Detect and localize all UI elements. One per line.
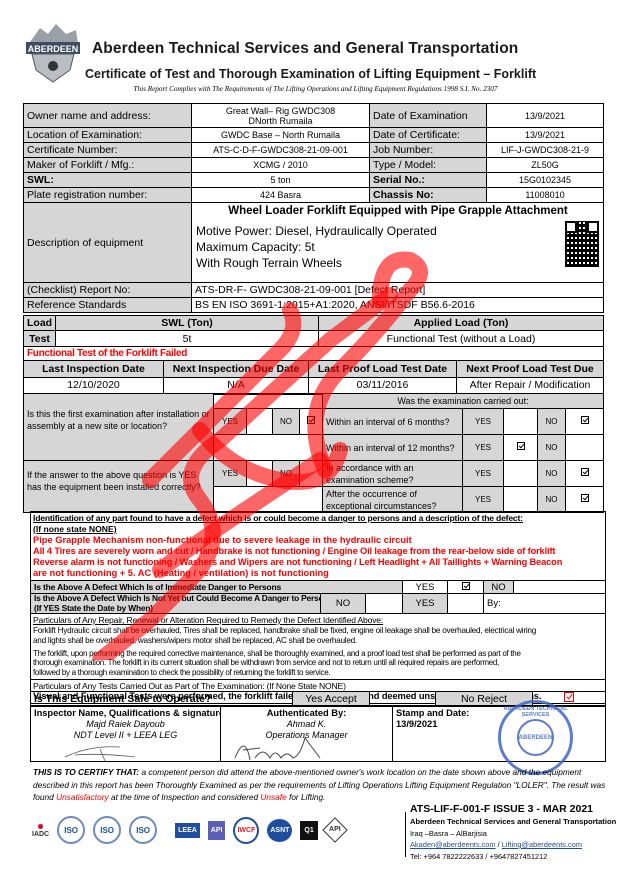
api-logo-icon: API xyxy=(208,821,226,840)
defects-table: Identification of any part found to have… xyxy=(30,511,606,704)
interval-6-no-label: NO xyxy=(538,409,566,435)
aberdeen-logo-icon: ABERDEEN xyxy=(24,20,82,84)
serial-label: Serial No.: xyxy=(370,173,487,188)
q1-no-box[interactable] xyxy=(300,409,323,435)
q2-no-box[interactable] xyxy=(300,461,323,487)
date-exam-label: Date of Examination xyxy=(370,104,487,128)
load-label-2: Test xyxy=(24,331,56,347)
plate-label: Plate registration number: xyxy=(24,188,192,203)
auth-label: Authenticated By: xyxy=(224,708,389,719)
company-name: Aberdeen Technical Services and General … xyxy=(92,40,518,58)
checkbox-checked-icon xyxy=(564,692,574,702)
repair-line: followed by a thorough examination to ch… xyxy=(33,668,603,678)
standards-label: Reference Standards xyxy=(24,298,192,313)
future-danger-label: Is the Above A Defect Which Is Not Yet b… xyxy=(31,594,321,614)
interval-6-label: Within an interval of 6 months? xyxy=(323,409,463,435)
swl-test-value: 5t xyxy=(56,331,319,347)
repair-line: thorough examination. The forklift in it… xyxy=(33,658,603,668)
future-no-box[interactable] xyxy=(366,594,403,614)
repair-line: and lights shall be overhauled, washers/… xyxy=(33,636,603,647)
future-no-label: NO xyxy=(321,594,366,614)
plate-value: 424 Basra xyxy=(192,188,370,203)
inspector-name: Majd Raiek Dayoub xyxy=(34,719,217,730)
date-cert-label: Date of Certificate: xyxy=(370,128,487,143)
date-cert-value: 13/9/2021 xyxy=(487,128,604,143)
checkbox-checked-icon xyxy=(581,468,589,476)
description-label: Description of equipment xyxy=(24,203,192,283)
q1-yes-box[interactable] xyxy=(247,409,273,435)
email-link[interactable]: Akaden@aberdeents.com xyxy=(410,840,496,849)
dates-header: Last Proof Load Test Date xyxy=(309,361,457,378)
chassis-value: 11008010 xyxy=(487,188,604,203)
q2-yes-box[interactable] xyxy=(247,461,273,487)
carried-out-header: Was the examination carried out: xyxy=(323,394,604,409)
immediate-danger-label: Is the Above A Defect Which Is of Immedi… xyxy=(31,581,403,594)
interval-12-no-label: NO xyxy=(538,435,566,461)
future-yes-label: YES xyxy=(403,594,448,614)
scheme-label: In accordance with an examination scheme… xyxy=(323,461,463,487)
defects-section: Identification of any part found to have… xyxy=(31,512,606,581)
svg-text:ABERDEEN: ABERDEEN xyxy=(28,44,79,54)
chassis-label: Chassis No: xyxy=(370,188,487,203)
yes-accept-box[interactable] xyxy=(370,692,436,706)
immediate-yes-label: YES xyxy=(403,581,448,594)
immediate-no-label: NO xyxy=(484,581,514,594)
failed-note: Functional Test of the Forklift Failed xyxy=(24,347,604,361)
swl-header: SWL (Ton) xyxy=(56,316,319,331)
interval-12-no-box[interactable] xyxy=(566,435,604,461)
tests-heading: Particulars of Any Tests Carried Out as … xyxy=(33,681,603,692)
leea-logo-icon: LEEA xyxy=(175,823,200,838)
type-value: ZL50G xyxy=(487,158,604,173)
iso-logo-icon: ISO xyxy=(129,816,157,844)
interval-6-yes-label: YES xyxy=(463,409,504,435)
safe-question: Is This Equipment Safe to Operate? xyxy=(31,692,293,706)
description-value: Wheel Loader Forklift Equipped with Pipe… xyxy=(192,203,604,283)
maker-label: Maker of Forklift / Mfg.: xyxy=(24,158,192,173)
q1-yes-label: YES xyxy=(214,409,247,435)
repair-line: The forklift, upon performing the requir… xyxy=(33,649,603,659)
dates-table: Last Inspection Date Next Inspection Due… xyxy=(23,360,604,395)
standards-value: BS EN ISO 3691-1:2015+A1:2020, ANSI/ITSD… xyxy=(192,298,604,313)
yes-accept-label: Yes Accept xyxy=(293,692,370,706)
iadc-logo-icon: ✺IADC xyxy=(32,823,49,838)
examination-table: Is this the first examination after inst… xyxy=(23,393,604,513)
exceptional-yes-label: YES xyxy=(463,487,504,513)
scheme-yes-label: YES xyxy=(463,461,504,487)
q2-no-label: NO xyxy=(273,461,300,487)
cert-num-value: ATS-C-D-F-GWDC308-21-09-001 xyxy=(192,143,370,158)
load-label-1: Load xyxy=(24,316,56,331)
q2-yes-label: YES xyxy=(214,461,247,487)
swl-label: SWL: xyxy=(24,173,192,188)
interval-6-no-box[interactable] xyxy=(566,409,604,435)
certification-statement: THIS IS TO CERTIFY THAT: a competent per… xyxy=(33,766,613,804)
next-inspection-value: N/A xyxy=(164,378,309,394)
job-label: Job Number: xyxy=(370,143,487,158)
location-value: GWDC Base – North Rumaila xyxy=(192,128,370,143)
interval-6-yes-box[interactable] xyxy=(504,409,538,435)
last-proof-value: 03/11/2016 xyxy=(309,378,457,394)
repair-line: Forklift Hydraulic circuit shall be over… xyxy=(33,626,603,637)
stamp-label: Stamp and Date: xyxy=(396,708,602,719)
repair-section: Particulars of Any Repair, Renewal or Al… xyxy=(31,614,606,680)
repair-heading: Particulars of Any Repair, Renewal or Al… xyxy=(33,615,603,626)
defect-line: All 4 Tires are severely worn and cut / … xyxy=(33,546,603,557)
info-table: Owner name and address: Great Wall– Rig … xyxy=(23,103,604,313)
description-title: Wheel Loader Forklift Equipped with Pipe… xyxy=(196,203,600,217)
defects-heading: Identification of any part found to have… xyxy=(33,513,603,524)
defect-line: are not functioning + 5. AC (Heating / v… xyxy=(33,568,603,579)
owner-label: Owner name and address: xyxy=(24,104,192,128)
applied-value: Functional Test (without a Load) xyxy=(319,331,604,347)
authenticated-cell: Authenticated By: Ahmad K. Operations Ma… xyxy=(221,707,393,762)
scheme-no-box[interactable] xyxy=(566,461,604,487)
dates-header: Next Proof Load Test Due xyxy=(457,361,604,378)
q1-no-label: NO xyxy=(273,409,300,435)
checkbox-checked-icon xyxy=(581,494,589,502)
iso-logo-icon: ISO xyxy=(57,816,85,844)
future-yes-box[interactable] xyxy=(448,594,484,614)
cert-num-label: Certificate Number: xyxy=(24,143,192,158)
footer-tel: Tel: +964 7822222633 / +9647827451212 xyxy=(410,851,616,863)
dates-header: Next Inspection Due Date xyxy=(164,361,309,378)
issue-code: ATS-LIF-F-001-F ISSUE 3 - MAR 2021 xyxy=(410,803,593,815)
exceptional-no-box[interactable] xyxy=(566,487,604,513)
load-test-table: Load SWL (Ton) Applied Load (Ton) Test 5… xyxy=(23,315,604,361)
dates-header: Last Inspection Date xyxy=(24,361,164,378)
checklist-label: (Checklist) Report No: xyxy=(24,283,192,298)
type-label: Type / Model: xyxy=(370,158,487,173)
checklist-value: ATS-DR-F- GWDC308-21-09-001 [Defect Repo… xyxy=(192,283,604,298)
immediate-no-box[interactable] xyxy=(514,581,606,594)
checkbox-checked-icon xyxy=(307,416,315,424)
next-proof-value: After Repair / Modification xyxy=(457,378,604,394)
checkbox-checked-icon xyxy=(462,582,470,590)
scheme-no-label: NO xyxy=(538,461,566,487)
date-exam-value: 13/9/2021 xyxy=(487,104,604,128)
footer-divider xyxy=(405,812,406,857)
applied-header: Applied Load (Ton) xyxy=(319,316,604,331)
interval-12-yes-box[interactable] xyxy=(504,435,538,461)
interval-12-label: Within an interval of 12 months? xyxy=(323,435,463,461)
scheme-yes-box[interactable] xyxy=(504,461,538,487)
auth-name: Ahmad K. xyxy=(224,719,389,730)
iwcf-logo-icon: IWCF xyxy=(233,817,259,844)
interval-12-yes-label: YES xyxy=(463,435,504,461)
checkbox-checked-icon xyxy=(581,416,589,424)
document-header: ABERDEEN Aberdeen Technical Services and… xyxy=(0,0,631,100)
last-inspection-value: 12/10/2020 xyxy=(24,378,164,394)
job-value: LIF-J-GWDC308-21-9 xyxy=(487,143,604,158)
description-line: With Rough Terrain Wheels xyxy=(196,255,600,271)
inspector-cell: Inspector Name, Qualifications & signatu… xyxy=(31,707,221,762)
defect-line: Pipe Grapple Mechanism non-functional du… xyxy=(33,535,603,546)
exceptional-no-label: NO xyxy=(538,487,566,513)
location-label: Location of Examination: xyxy=(24,128,192,143)
inspector-label: Inspector Name, Qualifications & signatu… xyxy=(34,708,217,719)
description-line: Maximum Capacity: 5t xyxy=(196,239,600,255)
description-line: Motive Power: Diesel, Hydraulically Oper… xyxy=(196,223,600,239)
inspector-qualification: NDT Level II + LEEA LEG xyxy=(34,730,217,741)
qr-code-icon xyxy=(565,221,599,267)
email-link[interactable]: Lifting@aberdeents.com xyxy=(502,840,582,849)
future-by-label: By: xyxy=(484,594,606,614)
company-stamp: ABERDEEN TECHNICAL SERVICES ABERDEEN xyxy=(498,700,573,775)
checkbox-checked-icon xyxy=(517,442,525,450)
iso-logo-icon: ISO xyxy=(93,816,121,844)
compliance-note: This Report Complies with The Requiremen… xyxy=(0,85,631,93)
installed-correctly-question: If the answer to the above question is Y… xyxy=(24,461,214,513)
exceptional-yes-box[interactable] xyxy=(504,487,538,513)
first-exam-question: Is this the first examination after inst… xyxy=(24,394,214,461)
api-monogram-logo-icon: API xyxy=(322,817,347,842)
accreditation-logos: ✺IADC ISO ISO ISO LEEA API IWCF ASNT Q1 … xyxy=(32,812,382,848)
swl-value: 5 ton xyxy=(192,173,370,188)
defect-line: Reverse alarm is not functioning / Washe… xyxy=(33,557,603,568)
exceptional-label: After the occurrence of exceptional circ… xyxy=(323,487,463,513)
certificate-title: Certificate of Test and Thorough Examina… xyxy=(85,67,536,81)
q1-logo-icon: Q1 xyxy=(300,821,317,840)
defects-subheading: (If none state NONE) xyxy=(33,524,603,535)
maker-value: XCMG / 2010 xyxy=(192,158,370,173)
asnt-logo-icon: ASNT xyxy=(267,819,292,842)
immediate-yes-box[interactable] xyxy=(448,581,484,594)
footer-address: Aberdeen Technical Services and General … xyxy=(410,816,616,862)
auth-title: Operations Manager xyxy=(224,730,389,741)
owner-value: Great Wall– Rig GWDC308DNorth Rumaila xyxy=(192,104,370,128)
serial-value: 15G0102345 xyxy=(487,173,604,188)
